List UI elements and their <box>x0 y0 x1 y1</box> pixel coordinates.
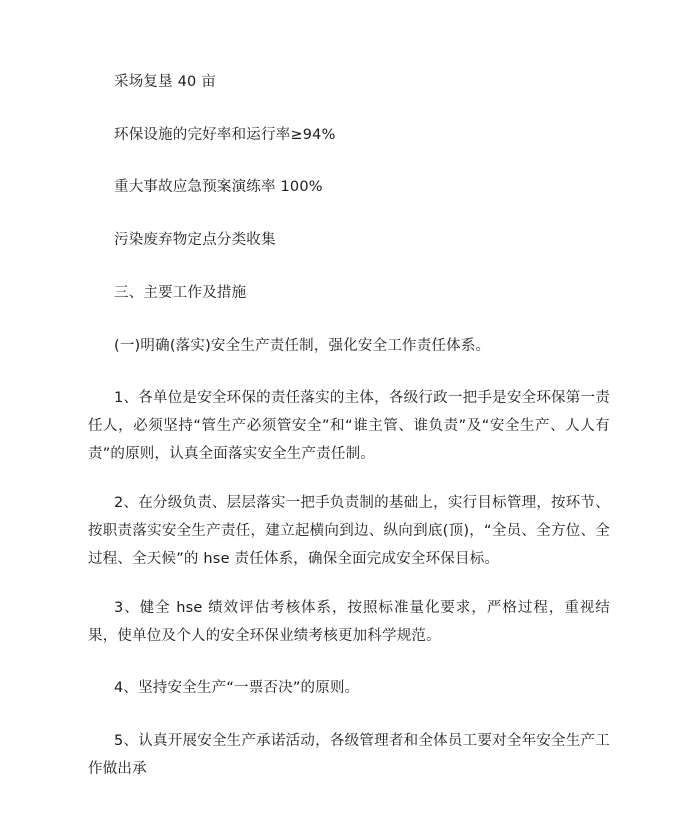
target-item: 污染废弃物定点分类收集 <box>114 227 276 253</box>
list-item: 5、认真开展安全生产承诺活动，各级管理者和全体员工要对全年安全生产工作做出承 <box>88 727 610 783</box>
subsection-heading: (一)明确(落实)安全生产责任制，强化安全工作责任体系。 <box>114 333 490 359</box>
target-item: 采场复垦 40 亩 <box>114 69 216 95</box>
list-item: 3、健全 hse 绩效评估考核体系，按照标准量化要求，严格过程，重视结果，使单位… <box>88 594 610 650</box>
section-heading: 三、主要工作及措施 <box>114 280 246 306</box>
target-item: 环保设施的完好率和运行率≥94% <box>114 122 336 148</box>
target-item: 重大事故应急预案演练率 100% <box>114 174 323 200</box>
list-item: 1、各单位是安全环保的责任落实的主体，各级行政一把手是安全环保第一责任人，必须坚… <box>88 384 610 468</box>
list-item: 2、在分级负责、层层落实一把手负责制的基础上，实行目标管理，按环节、按职责落实安… <box>88 489 610 573</box>
list-item: 4、坚持安全生产“一票否决”的原则。 <box>88 674 610 702</box>
